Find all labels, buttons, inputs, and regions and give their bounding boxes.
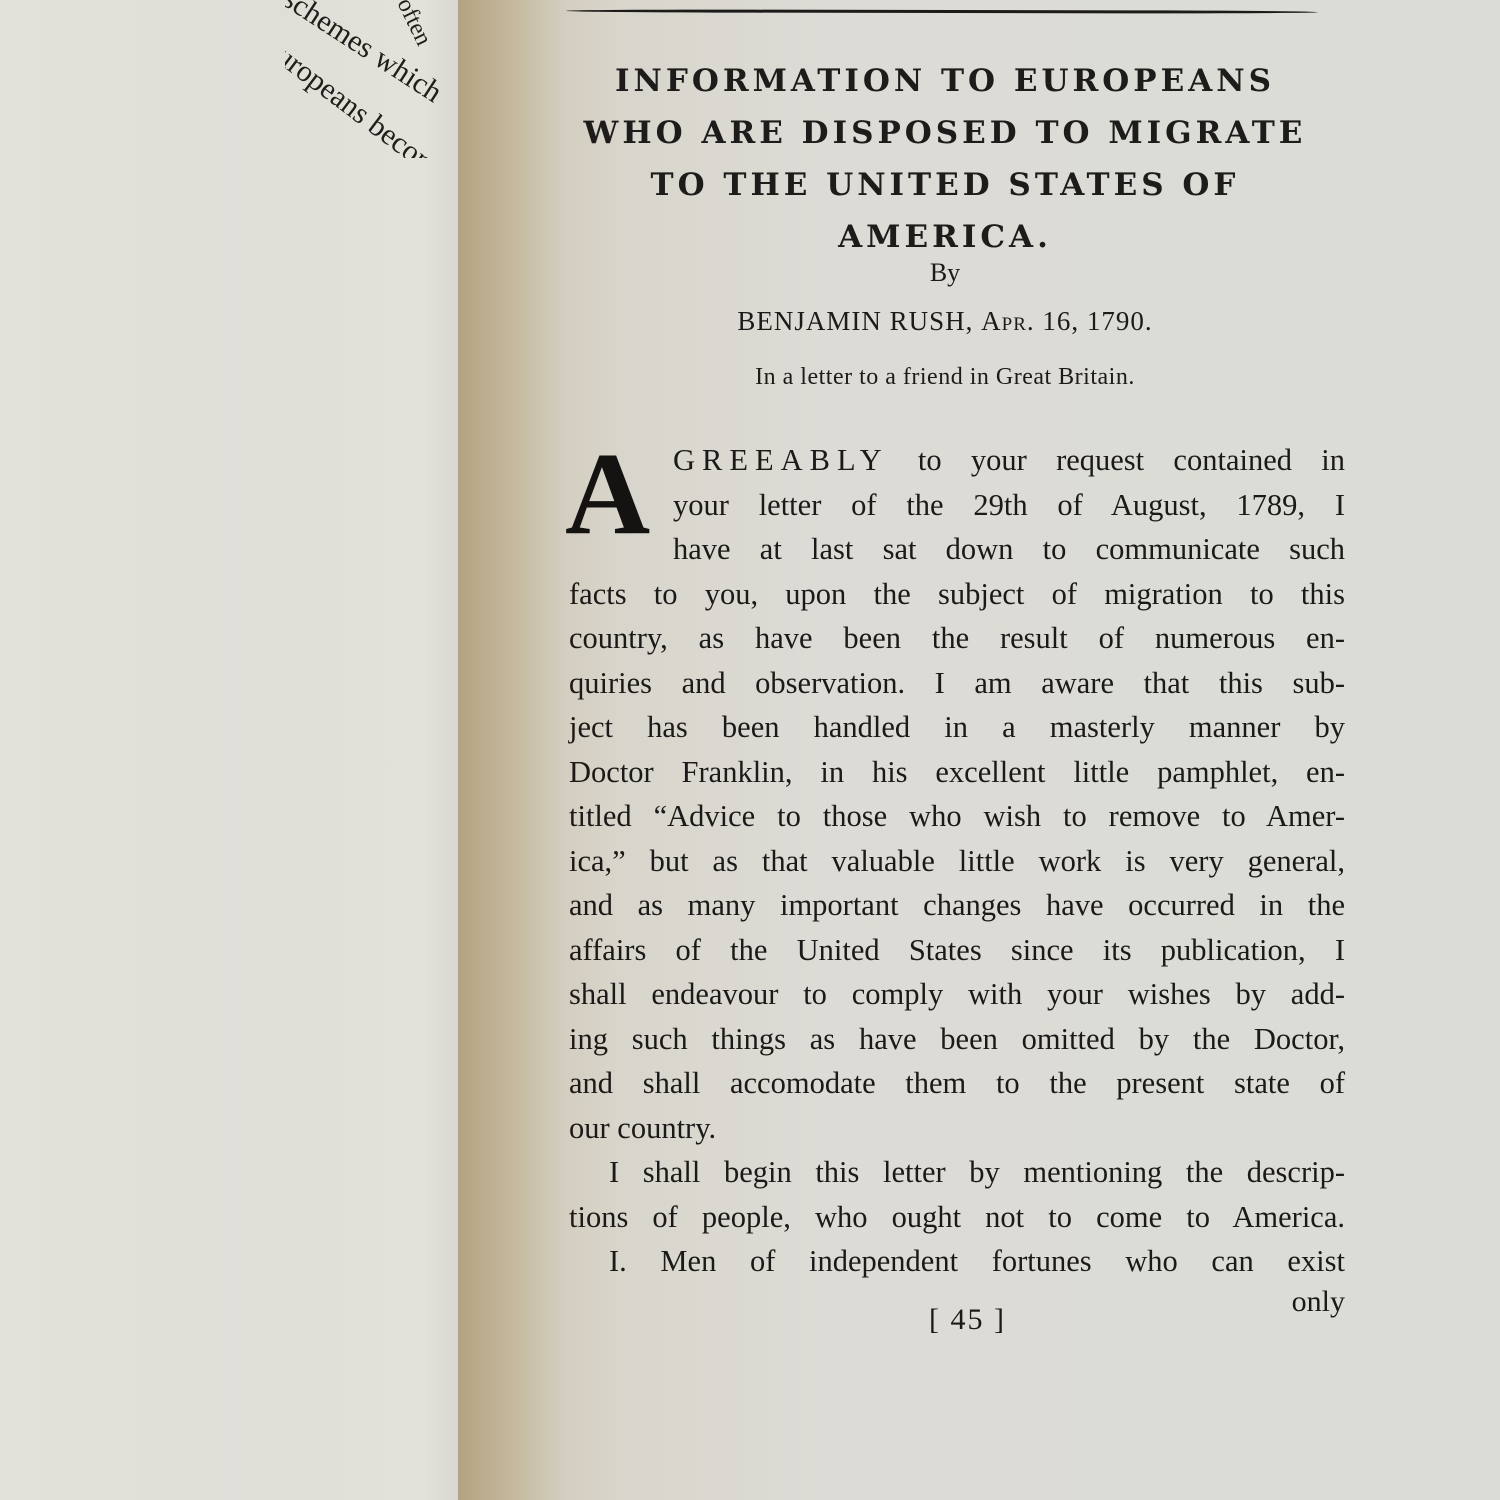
text-line: tions of people, who ought not to come t… <box>569 1195 1345 1240</box>
title-line: INFORMATION TO EUROPEANS <box>540 55 1350 107</box>
text-line: titled “Advice to those who wish to remo… <box>569 794 1345 839</box>
text-line: Doctor Franklin, in his excellent little… <box>569 750 1345 795</box>
text-line: ica,” but as that valuable little work i… <box>569 839 1345 884</box>
page-title: INFORMATION TO EUROPEANS WHO ARE DISPOSE… <box>540 55 1350 263</box>
text-line: and shall accomodate them to the present… <box>569 1061 1345 1106</box>
title-line: WHO ARE DISPOSED TO MIGRATE <box>540 107 1350 159</box>
drop-cap: A <box>565 444 650 544</box>
text-line: have at last sat down to communicate suc… <box>673 527 1345 572</box>
text-line: I. Men of independent fortunes who can e… <box>569 1239 1345 1284</box>
text-line: country, as have been the result of nume… <box>569 616 1345 661</box>
subtitle: In a letter to a friend in Great Britain… <box>540 364 1350 391</box>
text-line: your letter of the 29th of August, 1789,… <box>673 483 1345 528</box>
author-name: BENJAMIN RUSH, <box>737 306 973 336</box>
byline-label: By <box>540 258 1350 288</box>
catchword: only <box>1292 1280 1345 1325</box>
paragraph-3: I. Men of independent fortunes who can e… <box>569 1239 1345 1284</box>
text-line: GREEABLY to your request contained in <box>673 438 1345 483</box>
author-line: BENJAMIN RUSH, Apr. 16, 1790. <box>540 306 1350 337</box>
left-page: schemes which Europeans become often <box>0 0 458 1500</box>
paragraph-1: A GREEABLY to your request contained in … <box>569 438 1345 1150</box>
text-line: our country. <box>569 1106 1345 1151</box>
text-line: quiries and observation. I am aware that… <box>569 661 1345 706</box>
left-page-text-fragment: schemes which Europeans become often <box>285 0 485 158</box>
title-line: TO THE UNITED STATES OF <box>540 159 1350 211</box>
text-line: facts to you, upon the subject of migrat… <box>569 572 1345 617</box>
body-text: A GREEABLY to your request contained in … <box>569 438 1345 1344</box>
author-date: Apr. 16, 1790. <box>981 306 1153 336</box>
paragraph-2: I shall begin this letter by mentioning … <box>569 1150 1345 1239</box>
text-line: ject has been handled in a masterly mann… <box>569 705 1345 750</box>
text-line: affairs of the United States since its p… <box>569 928 1345 973</box>
text-line: I shall begin this letter by mentioning … <box>569 1150 1345 1195</box>
opening-small-caps: GREEABLY <box>673 443 889 477</box>
text-line: ing such things as have been omitted by … <box>569 1017 1345 1062</box>
text-line: and as many important changes have occur… <box>569 883 1345 928</box>
title-line: AMERICA. <box>540 211 1350 263</box>
text-line: shall endeavour to comply with your wish… <box>569 972 1345 1017</box>
fragment-line: often <box>391 0 437 50</box>
page-number: [ 45 ] <box>929 1298 1006 1343</box>
page-footer: [ 45 ] only <box>569 1284 1345 1344</box>
